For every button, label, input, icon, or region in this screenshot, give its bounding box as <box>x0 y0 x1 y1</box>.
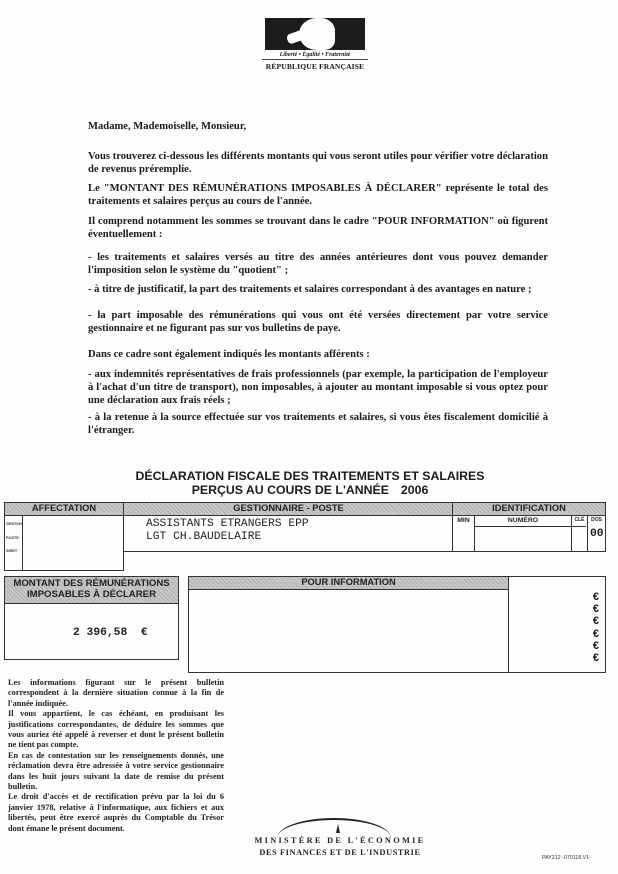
affectation-label-poste: POSTE <box>6 536 19 540</box>
pour-information-header: POUR INFORMATION <box>189 577 508 590</box>
form-title: DÉCLARATION FISCALE DES TRAITEMENTS ET S… <box>130 469 490 497</box>
identification-col-min: MIN <box>453 517 474 524</box>
pour-information-row: € <box>593 652 599 664</box>
logo-name: RÉPUBLIQUE FRANÇAISE <box>262 62 368 71</box>
pour-information-row: € <box>593 640 599 652</box>
letter-paragraph: - aux indemnités représentatives de frai… <box>88 368 548 407</box>
form-title-line1: DÉCLARATION FISCALE DES TRAITEMENTS ET S… <box>130 469 490 483</box>
identification-box: IDENTIFICATION MIN NUMÉRO CLÉ DOS 00 <box>452 502 606 552</box>
euro-icon: € <box>593 628 599 640</box>
montant-header: MONTANT DES RÉMUNÉRATIONS IMPOSABLES À D… <box>5 577 178 604</box>
form-title-line2: PERÇUS AU COURS DE L'ANNÉE2006 <box>130 483 490 497</box>
identification-col-cle: CLÉ <box>572 517 587 523</box>
letter-paragraph: - la part imposable des rémunérations qu… <box>88 309 548 335</box>
euro-icon: € <box>141 627 148 639</box>
identification-col-dos: DOS <box>588 517 605 523</box>
pour-information-row: € <box>593 628 599 640</box>
letter-paragraph: - les traitements et salaires versés au … <box>88 251 548 277</box>
affectation-label-siret: SIRET <box>6 549 17 553</box>
letter-paragraph: Il comprend notamment les sommes se trou… <box>88 215 548 241</box>
affectation-label-gestion: GESTION <box>6 522 23 526</box>
footnote: Il vous appartient, le cas échéant, en p… <box>8 709 224 751</box>
ministry-line1: MINISTÈRE DE L'ÉCONOMIE <box>240 836 440 845</box>
montant-header-line1: MONTANT DES RÉMUNÉRATIONS <box>5 578 178 589</box>
letter-paragraph: Le "MONTANT DES RÉMUNÉRATIONS IMPOSABLES… <box>88 182 548 208</box>
letter-paragraph: Dans ce cadre sont également indiqués le… <box>88 348 548 361</box>
montant-amount: 2 396,58 <box>73 627 127 639</box>
footnote: Le droit d'accès et de rectification pré… <box>8 792 224 834</box>
montant-value: 2 396,58 € <box>73 627 148 639</box>
identification-dos-value: 00 <box>590 528 604 540</box>
form-title-text: PERÇUS AU COURS DE L'ANNÉE <box>192 483 389 497</box>
euro-icon: € <box>593 615 599 627</box>
identification-header: IDENTIFICATION <box>453 503 605 516</box>
affectation-box: AFFECTATION GESTION POSTE SIRET <box>4 502 124 571</box>
letter-paragraph: - à la retenue à la source effectuée sur… <box>88 411 548 437</box>
gestionnaire-line1: ASSISTANTS ETRANGERS EPP <box>146 518 309 530</box>
document-reference: PAY212 -070118.V1- <box>542 855 591 861</box>
footnote: Les informations figurant sur le présent… <box>8 678 224 709</box>
gestionnaire-line2: LGT CH.BAUDELAIRE <box>146 531 261 543</box>
republique-francaise-logo: Liberté • Égalité • Fraternité RÉPUBLIQU… <box>262 18 368 78</box>
pour-information-row: € <box>593 615 599 627</box>
logo-motto: Liberté • Égalité • Fraternité <box>262 52 368 60</box>
pour-information-row: € <box>593 603 599 615</box>
euro-icon: € <box>593 603 599 615</box>
euro-icon: € <box>593 591 599 603</box>
salutation: Madame, Mademoiselle, Monsieur, <box>88 120 548 133</box>
identification-col-numero: NUMÉRO <box>475 517 571 524</box>
gestionnaire-box: GESTIONNAIRE - POSTE ASSISTANTS ETRANGER… <box>123 502 453 552</box>
bercy-logo-icon <box>277 818 391 838</box>
marianne-logo-icon <box>265 18 365 50</box>
letter-paragraph: Vous trouverez ci-dessous les différents… <box>88 150 548 176</box>
ministry-line2: DES FINANCES ET DE L'INDUSTRIE <box>240 848 440 857</box>
euro-icon: € <box>593 652 599 664</box>
form-year: 2006 <box>401 483 428 497</box>
footnote: En cas de contestation sur les renseigne… <box>8 751 224 793</box>
montant-box: MONTANT DES RÉMUNÉRATIONS IMPOSABLES À D… <box>4 576 179 660</box>
gestionnaire-header: GESTIONNAIRE - POSTE <box>124 503 453 516</box>
pour-information-values: € € € € € € <box>593 591 599 664</box>
euro-icon: € <box>593 640 599 652</box>
pour-information-box: POUR INFORMATION € € € € € € <box>188 576 606 673</box>
montant-header-line2: IMPOSABLES À DÉCLARER <box>5 589 178 600</box>
footnotes: Les informations figurant sur le présent… <box>8 678 224 834</box>
pour-information-row: € <box>593 591 599 603</box>
letter-paragraph: - à titre de justificatif, la part des t… <box>88 283 548 296</box>
